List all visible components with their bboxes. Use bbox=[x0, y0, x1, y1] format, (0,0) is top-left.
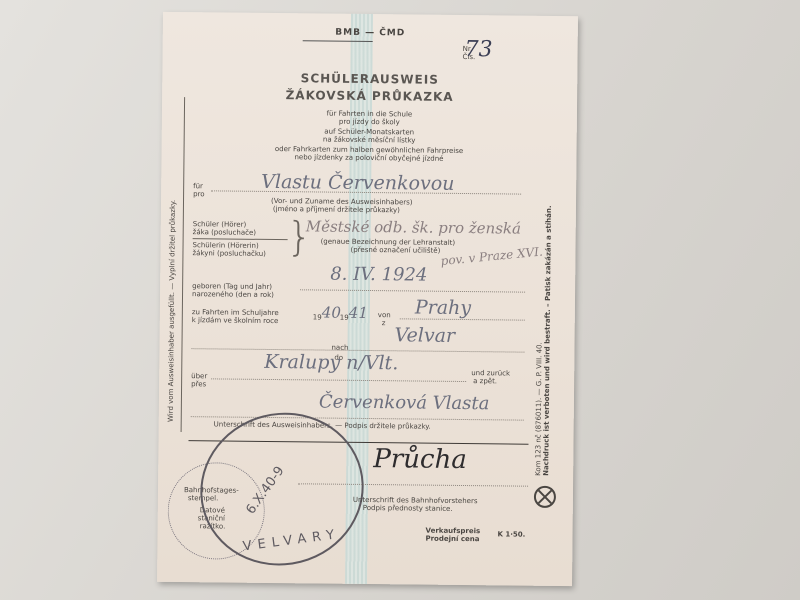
via-value: Kralupy n/Vlt. bbox=[264, 351, 398, 374]
price-value: K 1·50. bbox=[497, 530, 525, 539]
school-name-2: pov. v Praze XVI. bbox=[440, 245, 543, 269]
station-caption-cz: Podpis přednosty stanice. bbox=[363, 504, 453, 514]
holder-signature: Červenková Vlasta bbox=[319, 391, 490, 414]
student-pass-card: BMB — ČMD Nr. Čís. 73 SCHÜLERAUSWEIS ŽÁK… bbox=[157, 12, 578, 586]
year-to: 41 bbox=[349, 304, 368, 322]
pupil-label-f-cz: žákyni (posluchačku) bbox=[192, 249, 266, 259]
to-value: Velvar bbox=[395, 324, 456, 347]
year-from-prefix: 19 bbox=[313, 313, 322, 322]
from-value: Prahy bbox=[415, 296, 471, 319]
for-label-cz: pro bbox=[193, 190, 205, 199]
winged-wheel-emblem-icon bbox=[534, 486, 556, 508]
holder-name: Vlastu Červenkovou bbox=[261, 171, 454, 195]
year-to-prefix: 19 bbox=[340, 314, 349, 323]
year-from: 40 bbox=[322, 304, 341, 322]
right-vertical-note-2: Nachdruck ist verboten und wird bestraft… bbox=[542, 205, 553, 475]
number-value: 73 bbox=[464, 37, 492, 62]
born-label-cz: narozeného (den a rok) bbox=[192, 290, 274, 300]
pupil-label-m-cz: žáka (posluchače) bbox=[193, 228, 256, 238]
price-label-cz: Prodejní cena bbox=[425, 535, 479, 545]
title-de: SCHÜLERAUSWEIS bbox=[162, 70, 577, 88]
station-signature: Průcha bbox=[373, 444, 467, 475]
year-label-cz: k jízdám ve školním roce bbox=[192, 316, 279, 326]
school-name: Městské odb. šk. pro ženská bbox=[306, 217, 521, 237]
school-caption-cz: (přesné označení učiliště) bbox=[350, 246, 440, 256]
return-label-cz: a zpět. bbox=[473, 377, 497, 386]
born-value: 8. IV. 1924 bbox=[330, 264, 427, 286]
left-vertical-note: Wird vom Ausweisinhaber ausgefüllt. — Vy… bbox=[167, 200, 177, 422]
title-cz: ŽÁKOVSKÁ PRŮKAZKA bbox=[162, 87, 577, 105]
from-label-cz: z bbox=[382, 319, 386, 328]
via-label-cz: přes bbox=[191, 380, 206, 389]
